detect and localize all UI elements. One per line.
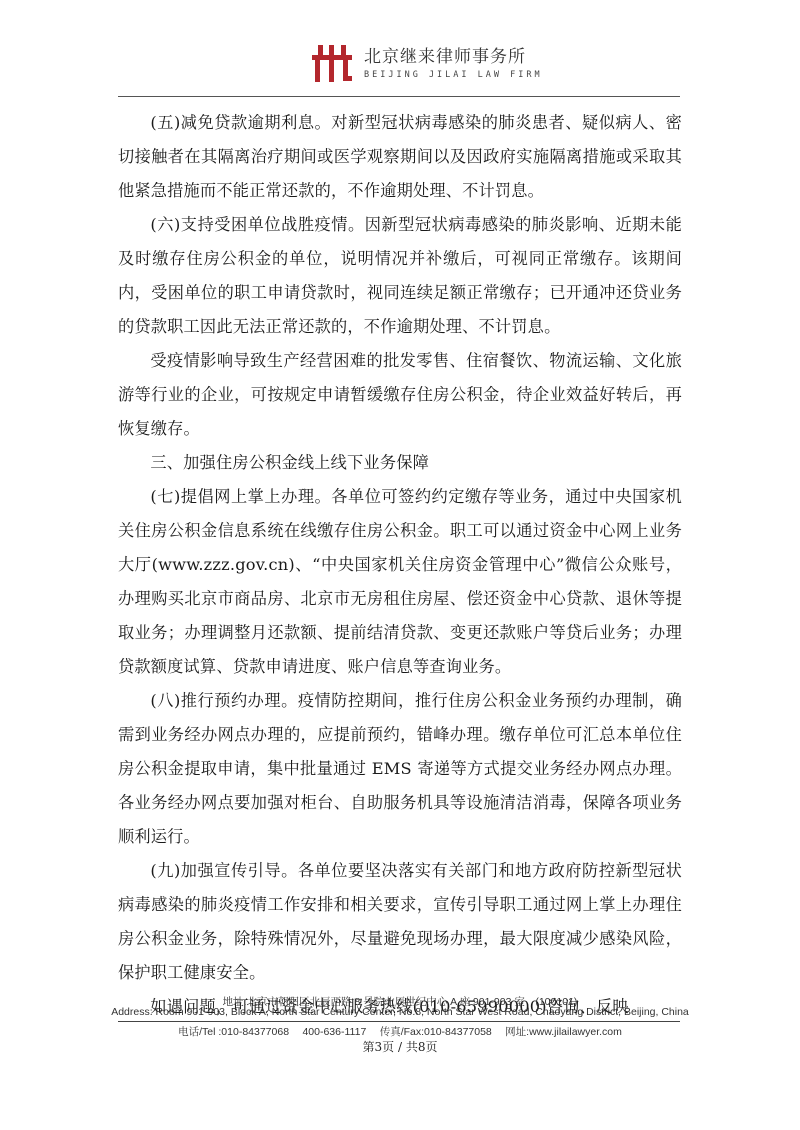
section-heading-3: 三、加强住房公积金线上线下业务保障 bbox=[118, 446, 682, 480]
footer-contact-info: 电话/Tel :010-84377068 400-636-1117 传真/Fax… bbox=[0, 1024, 800, 1039]
paragraph-item-9: (九)加强宣传引导。各单位要坚决落实有关部门和地方政府防控新型冠状病毒感染的肺炎… bbox=[118, 854, 682, 990]
document-body: (五)减免贷款逾期利息。对新型冠状病毒感染的肺炎患者、疑似病人、密切接触者在其隔… bbox=[118, 106, 682, 1024]
firm-logo-icon bbox=[310, 41, 354, 85]
letterhead: 北京继来律师事务所 BEIJING JILAI LAW FIRM bbox=[310, 38, 543, 88]
paragraph-affected-industries: 受疫情影响导致生产经营困难的批发零售、住宿餐饮、物流运输、文化旅游等行业的企业，… bbox=[118, 344, 682, 446]
brand-name-chinese: 北京继来律师事务所 bbox=[364, 47, 543, 67]
paragraph-item-7: (七)提倡网上掌上办理。各单位可签约约定缴存等业务，通过中央国家机关住房公积金信… bbox=[118, 480, 682, 684]
brand: 北京继来律师事务所 BEIJING JILAI LAW FIRM bbox=[364, 47, 543, 80]
paragraph-item-6: (六)支持受困单位战胜疫情。因新型冠状病毒感染的肺炎影响、近期未能及时缴存住房公… bbox=[118, 208, 682, 344]
brand-name-english: BEIJING JILAI LAW FIRM bbox=[364, 70, 543, 80]
footer-address-english: Address: Room 901-903, Block A, North St… bbox=[0, 1006, 800, 1018]
footer-divider bbox=[118, 1021, 680, 1022]
paragraph-item-8: (八)推行预约办理。疫情防控期间，推行住房公积金业务预约办理制，确需到业务经办网… bbox=[118, 684, 682, 854]
paragraph-item-5: (五)减免贷款逾期利息。对新型冠状病毒感染的肺炎患者、疑似病人、密切接触者在其隔… bbox=[118, 106, 682, 208]
header-divider bbox=[118, 96, 680, 97]
page-indicator: 第3页 / 共8页 bbox=[0, 1038, 800, 1055]
